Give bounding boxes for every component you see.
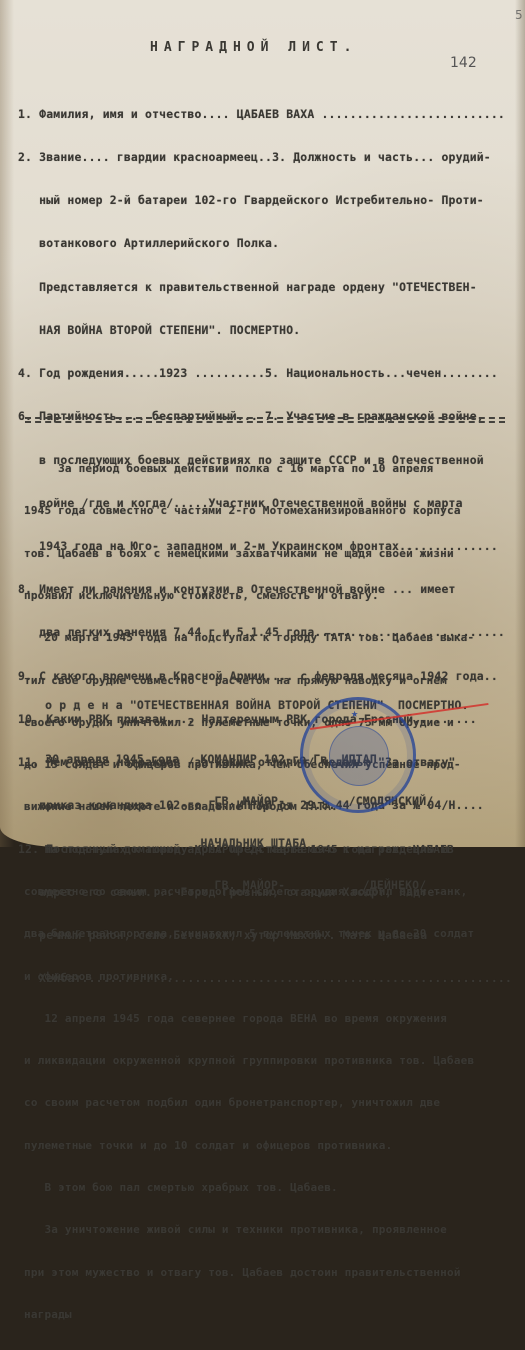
field-line: Представляется к правительственной награ… <box>18 280 512 294</box>
narrative-line: тов. Цабаев в боях с немецкими захватчик… <box>24 547 474 561</box>
document-title: НАГРАДНОЙ ЛИСТ. <box>150 40 357 55</box>
narrative-line: тил своё орудие совместно с расчетом на … <box>24 674 474 688</box>
field-line: 2. Звание.... гвардии красноармеец..3. Д… <box>18 150 512 164</box>
field-line: 1. Фамилия, имя и отчество.... ЦАБАЕВ ВА… <box>18 107 512 121</box>
field-line: ный номер 2-й батареи 102-го Гвардейског… <box>18 193 512 207</box>
section-divider <box>25 421 505 423</box>
signature-line: НАЧАЛЬНИК ШТАБА <box>24 836 433 847</box>
field-line: НАЯ ВОЙНА ВТОРОЙ СТЕПЕНИ". ПОСМЕРТНО. <box>18 323 512 337</box>
star-icon: ★ <box>351 706 358 720</box>
section-divider <box>25 417 505 419</box>
narrative-line: 20 марта 1945 года на подступах к городу… <box>24 631 474 645</box>
award-line: о р д е н а "ОТЕЧЕСТВЕННАЯ ВОЙНА ВТОРОЙ … <box>24 698 469 712</box>
narrative-line: За период боевых действий полка с 16 мар… <box>24 462 474 476</box>
official-seal-stamp: ★ <box>300 697 416 813</box>
award-sheet-page: 5 НАГРАДНОЙ ЛИСТ. 142 1. Фамилия, имя и … <box>0 0 525 847</box>
field-line: 4. Год рождения.....1923 ..........5. На… <box>18 366 512 380</box>
narrative-line: проявил исключительную стойкость, смелос… <box>24 589 474 603</box>
page-number: 142 <box>450 55 477 71</box>
narrative-line: 1945 года совместно с частями 2-го Мотом… <box>24 504 474 518</box>
corner-mark: 5 <box>515 8 523 22</box>
field-line: вотанкового Артиллерийского Полка. <box>18 236 512 250</box>
